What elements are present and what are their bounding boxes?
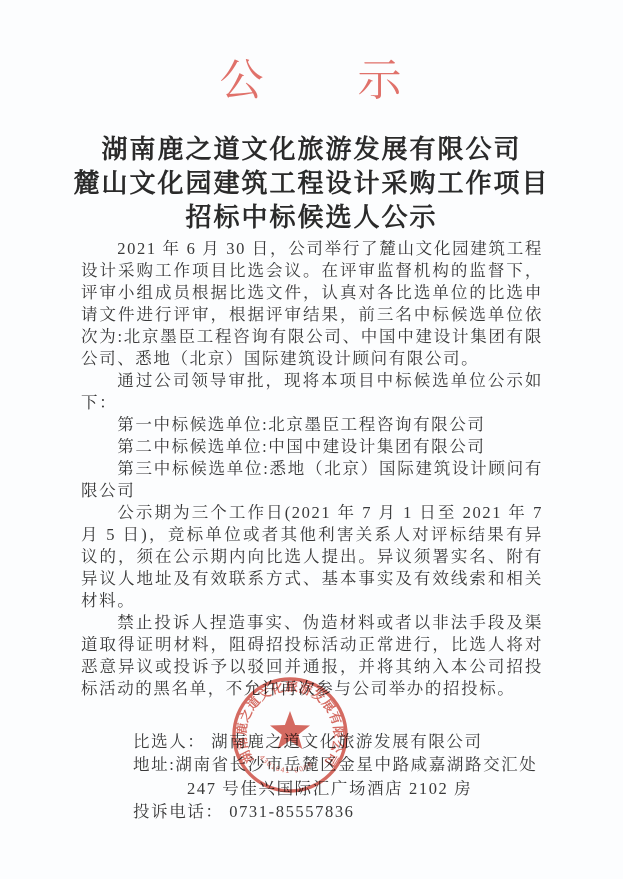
footer-line: 比选人： 湖南鹿之道文化旅游发展有限公司	[133, 730, 583, 754]
paragraph: 第一中标候选单位:北京墨臣工程咨询有限公司	[81, 414, 543, 436]
paragraph: 公示期为三个工作日(2021 年 7 月 1 日至 2021 年 7 月 5 日…	[81, 502, 543, 612]
paragraph: 2021 年 6 月 30 日，公司举行了麓山文化园建筑工程设计采购工作项目比选…	[81, 238, 543, 370]
doc-body: 2021 年 6 月 30 日，公司举行了麓山文化园建筑工程设计采购工作项目比选…	[81, 238, 543, 700]
footer-line: 地址:湖南省长沙市岳麓区金星中路咸嘉湖路交汇处	[133, 753, 583, 777]
doc-heading: 湖南鹿之道文化旅游发展有限公司麓山文化园建筑工程设计采购工作项目招标中标候选人公…	[0, 133, 623, 235]
doc-title: 公 示	[0, 0, 623, 107]
paragraph: 第二中标候选单位:中国中建设计集团有限公司	[81, 436, 543, 458]
paragraph: 禁止投诉人捏造事实、伪造材料或者以非法手段及渠道取得证明材料，阻碍招投标活动正常…	[81, 612, 543, 700]
paragraph: 第三中标候选单位:悉地（北京）国际建筑设计顾问有限公司	[81, 458, 543, 502]
footer-line: 投诉电话： 0731-85557836	[133, 800, 583, 824]
doc-footer: 比选人： 湖南鹿之道文化旅游发展有限公司地址:湖南省长沙市岳麓区金星中路咸嘉湖路…	[133, 730, 583, 824]
paragraph: 通过公司领导审批，现将本项目中标候选单位公示如下：	[81, 370, 543, 414]
footer-line: 247 号佳兴国际汇广场酒店 2102 房	[187, 777, 583, 801]
doc-heading-line: 麓山文化园建筑工程设计采购工作项目	[0, 167, 623, 201]
doc-heading-line: 招标中标候选人公示	[0, 201, 623, 235]
notice-document-page: 公 示 湖南鹿之道文化旅游发展有限公司麓山文化园建筑工程设计采购工作项目招标中标…	[0, 0, 623, 879]
doc-heading-line: 湖南鹿之道文化旅游发展有限公司	[0, 133, 623, 167]
